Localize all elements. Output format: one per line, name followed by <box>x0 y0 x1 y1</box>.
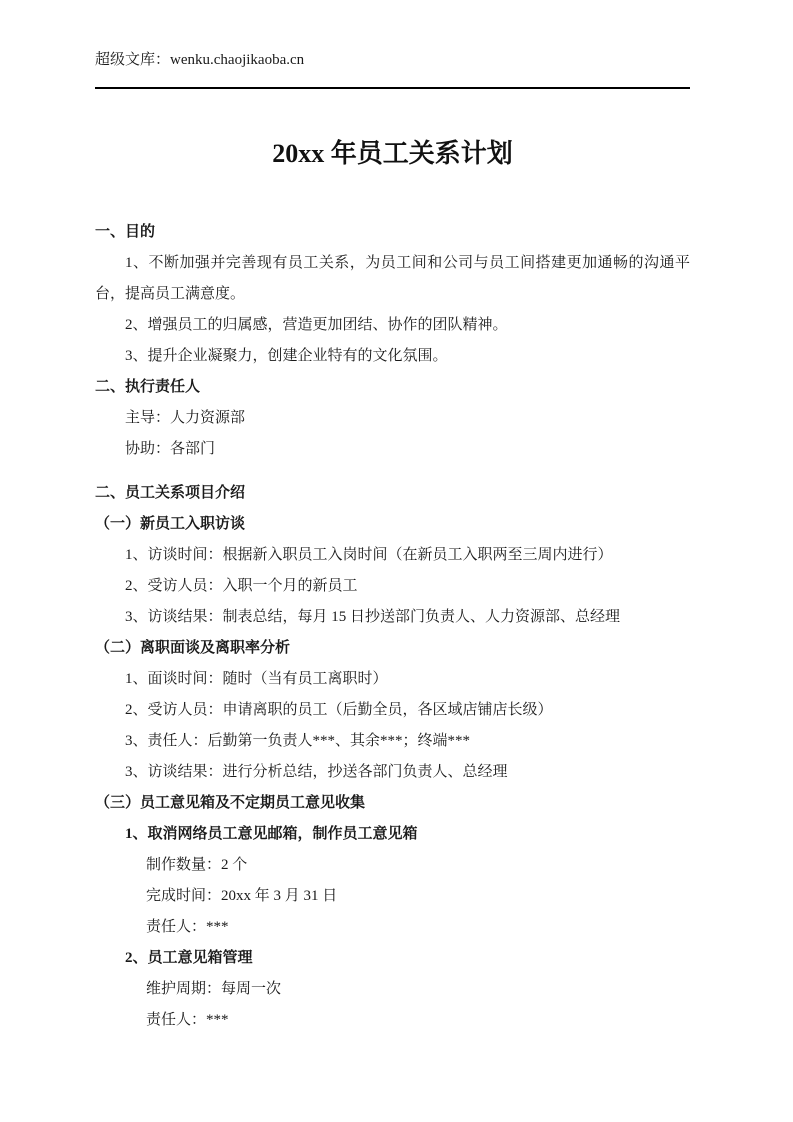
suggestion-box-item-2: 2、员工意见箱管理 <box>95 943 690 974</box>
document-body: 一、目的 1、不断加强并完善现有员工关系，为员工间和公司与员工间搭建更加通畅的沟… <box>95 217 690 1036</box>
heading-responsible-persons: 二、执行责任人 <box>95 372 690 403</box>
exit-responsible-line: 3、责任人：后勤第一负责人***、其余***；终端*** <box>95 726 690 757</box>
interview-result-line: 3、访谈结果：制表总结，每月 15 日抄送部门负责人、人力资源部、总经理 <box>95 602 690 633</box>
subheading-suggestion-box: （三）员工意见箱及不定期员工意见收集 <box>95 788 690 819</box>
suggestion-box-item-1: 1、取消网络员工意见邮箱，制作员工意见箱 <box>95 819 690 850</box>
interviewees-line: 2、受访人员：入职一个月的新员工 <box>95 571 690 602</box>
heading-purpose: 一、目的 <box>95 217 690 248</box>
purpose-item-1: 1、不断加强并完善现有员工关系，为员工间和公司与员工间搭建更加通畅的沟通平台，提… <box>95 248 690 310</box>
heading-project-introduction: 二、员工关系项目介绍 <box>95 478 690 509</box>
interview-time-line: 1、访谈时间：根据新入职员工入岗时间（在新员工入职两至三周内进行） <box>95 540 690 571</box>
purpose-item-3: 3、提升企业凝聚力，创建企业特有的文化氛围。 <box>95 341 690 372</box>
box-quantity-line: 制作数量：2 个 <box>95 850 690 881</box>
purpose-item-2: 2、增强员工的归属感，营造更加团结、协作的团队精神。 <box>95 310 690 341</box>
subheading-exit-interview: （二）离职面谈及离职率分析 <box>95 633 690 664</box>
maintenance-cycle-line: 维护周期：每周一次 <box>95 974 690 1005</box>
exit-interview-time-line: 1、面谈时间：随时（当有员工离职时） <box>95 664 690 695</box>
exit-result-line: 3、访谈结果：进行分析总结，抄送各部门负责人、总经理 <box>95 757 690 788</box>
assist-department-line: 协助：各部门 <box>95 434 690 465</box>
maintenance-responsible-line: 责任人：*** <box>95 1005 690 1036</box>
lead-department-line: 主导：人力资源部 <box>95 403 690 434</box>
document-page: 超级文库：wenku.chaojikaoba.cn 20xx 年员工关系计划 一… <box>0 0 793 1122</box>
page-header: 超级文库：wenku.chaojikaoba.cn <box>95 50 690 89</box>
subheading-new-employee-interview: （一）新员工入职访谈 <box>95 509 690 540</box>
site-label: 超级文库： <box>95 52 170 68</box>
exit-interviewees-line: 2、受访人员：申请离职的员工（后勤全员，各区域店铺店长级） <box>95 695 690 726</box>
box-responsible-line: 责任人：*** <box>95 912 690 943</box>
site-url: wenku.chaojikaoba.cn <box>170 52 304 68</box>
box-deadline-line: 完成时间：20xx 年 3 月 31 日 <box>95 881 690 912</box>
document-title: 20xx 年员工关系计划 <box>95 138 690 170</box>
